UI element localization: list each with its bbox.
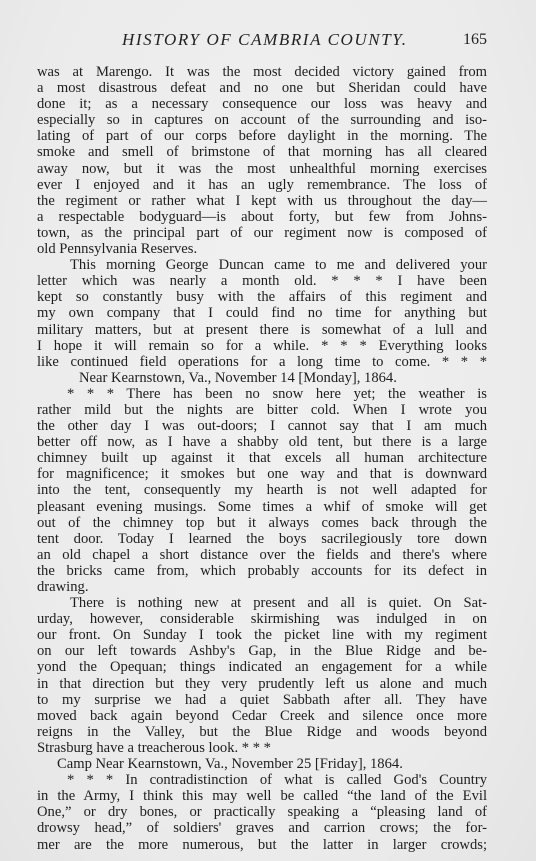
text-line: Camp Near Kearnstown, Va., November 25 [… (37, 756, 487, 772)
text-line: like continued field operations for a lo… (37, 354, 487, 370)
text-line: mer are the more numerous, but the latte… (37, 837, 487, 853)
text-line: done it; as a necessary consequence our … (37, 96, 487, 112)
text-line: better off now, as I have a shabby old t… (37, 434, 487, 450)
text-line: old Pennsylvania Reserves. (37, 241, 487, 257)
body-text: was at Marengo. It was the most decided … (37, 64, 487, 853)
text-line: Near Kearnstown, Va., November 14 [Monda… (37, 370, 487, 386)
text-line: out of the chimney top but it always com… (37, 515, 487, 531)
text-line: the other day I was out-doors; I cannot … (37, 418, 487, 434)
text-line: in the Army, I think this may well be ca… (37, 788, 487, 804)
text-line: chimney built up against it that excels … (37, 450, 487, 466)
text-line: the regiment or rather what I kept with … (37, 193, 487, 209)
text-line: Strasburg have a treacherous look. * * * (37, 740, 487, 756)
text-line: smoke and smell of brimstone of that mor… (37, 144, 487, 160)
text-line: moved back again beyond Cedar Creek and … (37, 708, 487, 724)
text-line: especially so in captures on account of … (37, 112, 487, 128)
text-line: the bricks came from, which probably acc… (37, 563, 487, 579)
text-line: a respectable bodyguard—is about forty, … (37, 209, 487, 225)
text-line: urday, however, considerable skirmishing… (37, 611, 487, 627)
text-line: into the tent, consequently my hearth is… (37, 482, 487, 498)
book-page: HISTORY OF CAMBRIA COUNTY. 165 was at Ma… (0, 0, 536, 861)
text-line: was at Marengo. It was the most decided … (37, 64, 487, 80)
text-line: ever I enjoyed and it has an ugly rememb… (37, 177, 487, 193)
text-line: This morning George Duncan came to me an… (37, 257, 487, 273)
text-line: yond the Opequan; things indicated an en… (37, 659, 487, 675)
running-title: HISTORY OF CAMBRIA COUNTY. (122, 30, 408, 50)
text-line: drawing. (37, 579, 487, 595)
text-line: reigns in the Valley, but the Blue Ridge… (37, 724, 487, 740)
text-line: away now, but it was the most unhealthfu… (37, 161, 487, 177)
text-line: kept so constantly busy with the affairs… (37, 289, 487, 305)
text-line: pleasant evening musings. Some times a w… (37, 499, 487, 515)
text-line: I hope it will remain so for a while. * … (37, 338, 487, 354)
text-line: One,” or dry bones, or practically speak… (37, 804, 487, 820)
text-line: my own company that I could find no time… (37, 305, 487, 321)
text-line: a most disastrous defeat and no one but … (37, 80, 487, 96)
text-line: letter which was nearly a month old. * *… (37, 273, 487, 289)
text-line: There is nothing new at present and all … (37, 595, 487, 611)
text-line: military matters, but at present there i… (37, 322, 487, 338)
text-line: to my surprise we had a quiet Sabbath af… (37, 692, 487, 708)
text-line: * * * There has been no snow here yet; t… (37, 386, 487, 402)
text-line: * * * In contradistinction of what is ca… (37, 772, 487, 788)
running-head: HISTORY OF CAMBRIA COUNTY. 165 (37, 30, 487, 52)
text-line: an old chapel a short distance over the … (37, 547, 487, 563)
page-number: 165 (463, 31, 487, 49)
text-line: lating of part of our corps before dayli… (37, 128, 487, 144)
text-line: town, as the principal part of our regim… (37, 225, 487, 241)
text-line: our front. On Sunday I took the picket l… (37, 627, 487, 643)
text-line: tent door. Today I learned the boys sacr… (37, 531, 487, 547)
text-line: rather mild but the nights are bitter co… (37, 402, 487, 418)
text-line: on our left towards Ashby's Gap, in the … (37, 643, 487, 659)
text-line: in that direction but they very prudentl… (37, 676, 487, 692)
text-line: drowsy head,” of soldiers' graves and ca… (37, 820, 487, 836)
text-line: for magnificence; it smokes but one way … (37, 466, 487, 482)
